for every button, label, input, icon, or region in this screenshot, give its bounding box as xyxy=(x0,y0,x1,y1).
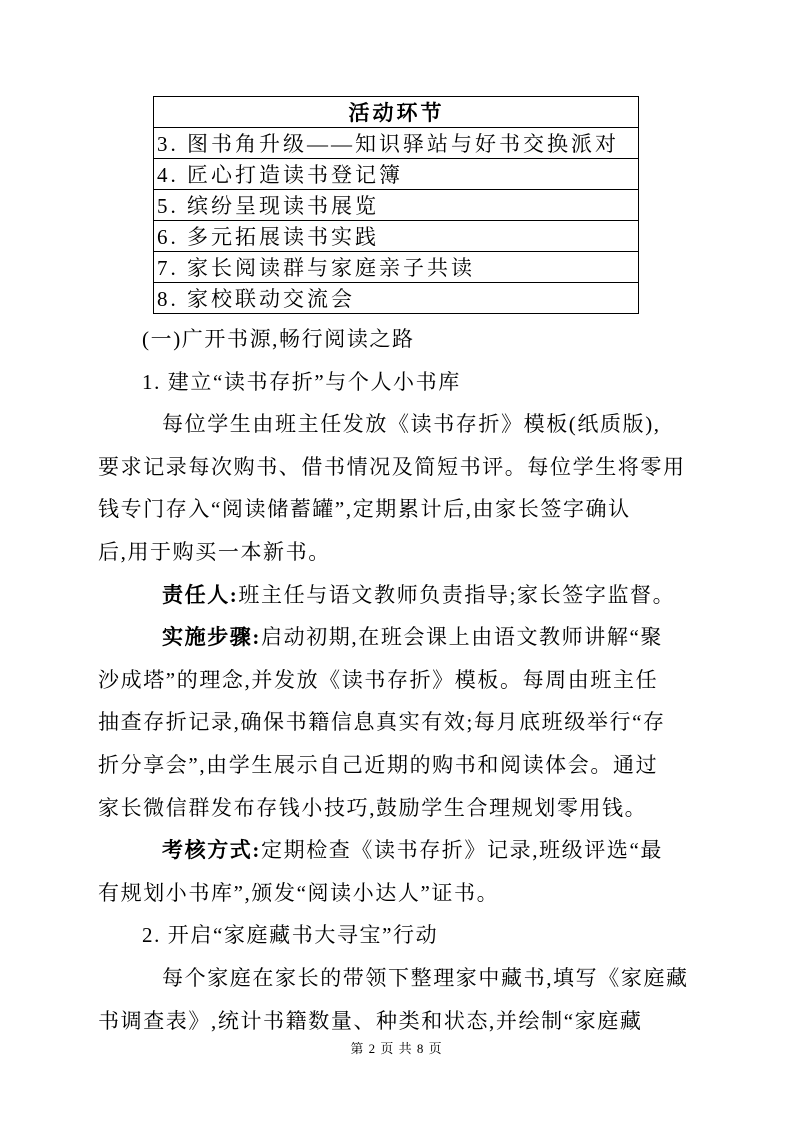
line-text: (一)广开书源,畅行阅读之路 xyxy=(142,327,415,351)
document-content: 活动环节 3. 图书角升级——知识驿站与好书交换派对4. 匠心打造读书登记簿5.… xyxy=(98,96,695,1042)
text-line: 后,用于购买一本新书。 xyxy=(98,531,695,574)
text-line: 每个家庭在家长的带领下整理家中藏书,填写《家庭藏 xyxy=(98,957,695,1000)
bold-label: 责任人: xyxy=(162,583,238,607)
line-text: 1. 建立“读书存折”与个人小书库 xyxy=(142,370,461,394)
text-line: 2. 开启“家庭藏书大寻宝”行动 xyxy=(98,914,695,957)
line-text: 折分享会”,由学生展示自己近期的购书和阅读体会。通过 xyxy=(98,753,658,777)
text-line: 沙成塔”的理念,并发放《读书存折》模板。每周由班主任 xyxy=(98,659,695,702)
table-header-row: 活动环节 xyxy=(154,97,639,128)
text-line: 折分享会”,由学生展示自己近期的购书和阅读体会。通过 xyxy=(98,744,695,787)
table-cell: 7. 家长阅读群与家庭亲子共读 xyxy=(154,252,639,283)
text-line: 要求记录每次购书、借书情况及简短书评。每位学生将零用 xyxy=(98,446,695,489)
text-line: 每位学生由班主任发放《读书存折》模板(纸质版), xyxy=(98,403,695,446)
table-row: 5. 缤纷呈现读书展览 xyxy=(154,190,639,221)
table-row: 4. 匠心打造读书登记簿 xyxy=(154,159,639,190)
line-text: 书调查表》,统计书籍数量、种类和状态,并绘制“家庭藏 xyxy=(98,1009,642,1033)
text-line: (一)广开书源,畅行阅读之路 xyxy=(98,318,695,361)
text-line: 书调查表》,统计书籍数量、种类和状态,并绘制“家庭藏 xyxy=(98,1000,695,1043)
activity-table-head: 活动环节 xyxy=(154,97,639,128)
line-text: 钱专门存入“阅读储蓄罐”,定期累计后,由家长签字确认 xyxy=(98,497,631,521)
line-text: 有规划小书库”,颁发“阅读小达人”证书。 xyxy=(98,881,499,905)
activity-table-body: 3. 图书角升级——知识驿站与好书交换派对4. 匠心打造读书登记簿5. 缤纷呈现… xyxy=(154,128,639,314)
table-row: 6. 多元拓展读书实践 xyxy=(154,221,639,252)
line-text: 每位学生由班主任发放《读书存折》模板(纸质版), xyxy=(162,412,661,436)
text-line: 1. 建立“读书存折”与个人小书库 xyxy=(98,361,695,404)
bold-label: 实施步骤: xyxy=(162,625,261,649)
text-line: 家长微信群发布存钱小技巧,鼓励学生合理规划零用钱。 xyxy=(98,787,695,830)
text-line: 实施步骤:启动初期,在班会课上由语文教师讲解“聚 xyxy=(98,616,695,659)
table-header-cell: 活动环节 xyxy=(154,97,639,128)
table-row: 7. 家长阅读群与家庭亲子共读 xyxy=(154,252,639,283)
page-footer: 第 2 页 共 8 页 xyxy=(0,1038,793,1057)
text-line: 责任人:班主任与语文教师负责指导;家长签字监督。 xyxy=(98,574,695,617)
line-text: 班主任与语文教师负责指导;家长签字监督。 xyxy=(238,583,675,607)
table-row: 3. 图书角升级——知识驿站与好书交换派对 xyxy=(154,128,639,159)
table-cell: 3. 图书角升级——知识驿站与好书交换派对 xyxy=(154,128,639,159)
line-text: 定期检查《读书存折》记录,班级评选“最 xyxy=(261,838,663,862)
line-text: 抽查存折记录,确保书籍信息真实有效;每月底班级举行“存 xyxy=(98,710,666,734)
line-text: 要求记录每次购书、借书情况及简短书评。每位学生将零用 xyxy=(98,455,686,479)
table-cell: 5. 缤纷呈现读书展览 xyxy=(154,190,639,221)
line-text: 沙成塔”的理念,并发放《读书存折》模板。每周由班主任 xyxy=(98,668,658,692)
line-text: 启动初期,在班会课上由语文教师讲解“聚 xyxy=(261,625,663,649)
line-text: 家长微信群发布存钱小技巧,鼓励学生合理规划零用钱。 xyxy=(98,796,647,820)
line-text: 2. 开启“家庭藏书大寻宝”行动 xyxy=(142,923,438,947)
line-text: 每个家庭在家长的带领下整理家中藏书,填写《家庭藏 xyxy=(162,966,689,990)
document-body: (一)广开书源,畅行阅读之路1. 建立“读书存折”与个人小书库每位学生由班主任发… xyxy=(98,318,695,1042)
activity-table: 活动环节 3. 图书角升级——知识驿站与好书交换派对4. 匠心打造读书登记簿5.… xyxy=(153,96,639,314)
table-row: 8. 家校联动交流会 xyxy=(154,283,639,314)
bold-label: 考核方式: xyxy=(162,838,261,862)
table-cell: 6. 多元拓展读书实践 xyxy=(154,221,639,252)
table-cell: 8. 家校联动交流会 xyxy=(154,283,639,314)
text-line: 抽查存折记录,确保书籍信息真实有效;每月底班级举行“存 xyxy=(98,701,695,744)
table-cell: 4. 匠心打造读书登记簿 xyxy=(154,159,639,190)
line-text: 后,用于购买一本新书。 xyxy=(98,540,331,564)
text-line: 有规划小书库”,颁发“阅读小达人”证书。 xyxy=(98,872,695,915)
text-line: 钱专门存入“阅读储蓄罐”,定期累计后,由家长签字确认 xyxy=(98,488,695,531)
document-page: 活动环节 3. 图书角升级——知识驿站与好书交换派对4. 匠心打造读书登记簿5.… xyxy=(0,0,793,1122)
text-line: 考核方式:定期检查《读书存折》记录,班级评选“最 xyxy=(98,829,695,872)
